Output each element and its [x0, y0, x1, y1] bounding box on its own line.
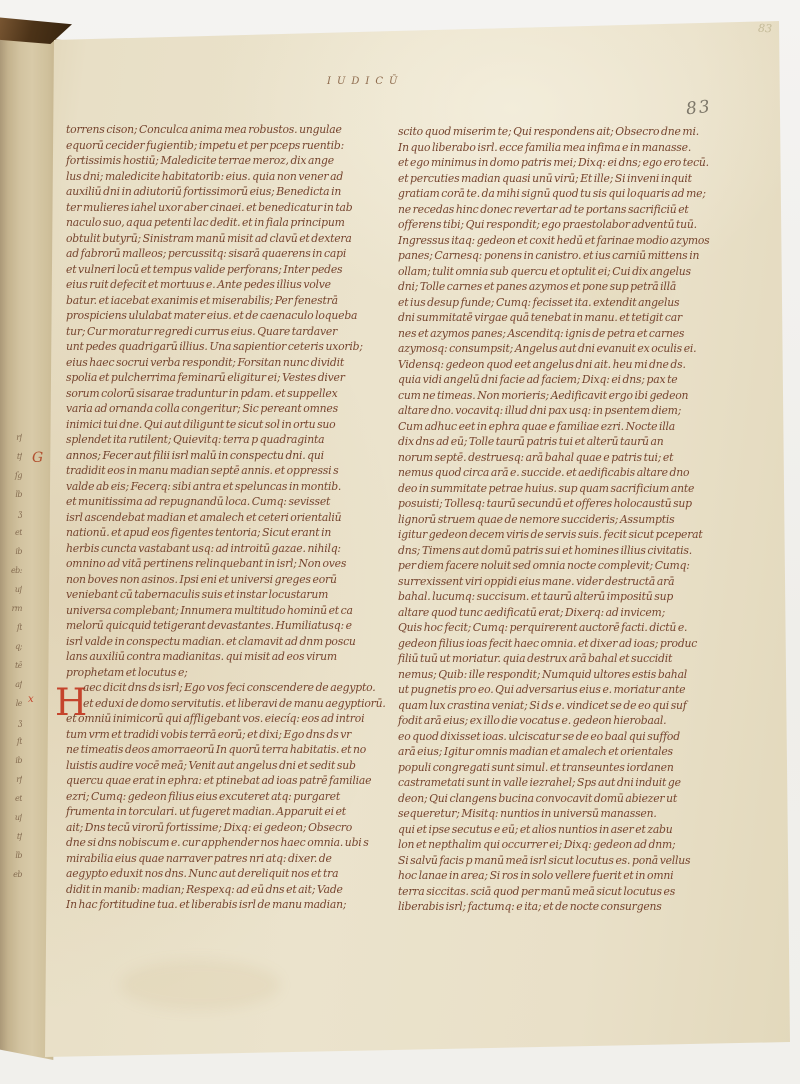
text-line: gedeon filius ioas fecit haec omnia. et …	[398, 636, 732, 652]
text-line: torrens cison; Conculca anima mea robust…	[66, 122, 400, 138]
text-line: dix dns ad eū; Tolle taurū patris tui et…	[398, 434, 732, 450]
text-line: tum vrm et tradidi vobis terrā eorū; et …	[66, 727, 400, 743]
text-line: rf	[0, 770, 22, 789]
text-line: lb	[0, 846, 22, 865]
text-line: et ego minimus in domo patris mei; Dixq:…	[398, 155, 732, 171]
text-line: quercu quae erat in ephra: et ptinebat a…	[66, 773, 400, 789]
text-line: gratiam corā te. da mihi signū quod tu s…	[398, 186, 732, 202]
text-line: et ius desup funde; Cumq: fecisset ita. …	[398, 295, 732, 311]
text-line: populi congregati sunt simul. et transeu…	[398, 760, 732, 776]
text-line: rſ	[0, 428, 22, 447]
text-line: Cum adhuc eet in ephra quae e familiae e…	[398, 419, 732, 435]
text-line: valde ab eis; Fecerq: sibi antra et spel…	[66, 479, 400, 495]
text-line: ad fabrorū malleos; percussitq: sisarā q…	[66, 246, 400, 262]
text-line: sorum colorū sisarae traduntur in pdam. …	[66, 386, 400, 402]
text-line: spolia et pulcherrima feminarū eligitur …	[66, 370, 400, 386]
text-line: tē	[0, 656, 22, 675]
text-line: non boves non asinos. Ipsi eni et univer…	[66, 572, 400, 588]
text-line: mirabilia eius quae narraver patres nri …	[66, 851, 400, 867]
text-line: bahal. lucumq: succisum. et taurū alterū…	[398, 589, 732, 605]
text-line: cum ne timeas. Non morieris; Aedificavit…	[398, 388, 732, 404]
text-line: arā eius; Igitur omnis madian et amalech…	[398, 744, 732, 760]
text-line: tur; Cur moratur regredi currus eius. Qu…	[66, 324, 400, 340]
text-line: altare quod tunc aedificatū erat; Dixerq…	[398, 605, 732, 621]
text-line: unt pedes quadrigarū illius. Una sapient…	[66, 339, 400, 355]
text-line: ib	[0, 751, 22, 770]
text-line: dni summitatē virgae quā tenebat in manu…	[398, 310, 732, 326]
text-line: igitur gedeon decem viris de servis suis…	[398, 527, 732, 543]
text-line: norum septē. destruesq: arā bahal quae e…	[398, 450, 732, 466]
text-line: herbis cuncta vastabant usq: ad introitū…	[66, 541, 400, 557]
text-line: eb	[0, 865, 22, 884]
text-line: obtulit butyrū; Sinistram manū misit ad …	[66, 231, 400, 247]
text-line: ait; Dns tecū virorū fortissime; Dixq: e…	[66, 820, 400, 836]
text-line: filiū tuū ut moriatur. quia destrux arā …	[398, 651, 732, 667]
text-line: deo in summitate petrae huius. sup quam …	[398, 481, 732, 497]
text-line: lon et nepthalim qui occurrer ei; Dixq: …	[398, 837, 732, 853]
text-line: nemus; Quib: ille respondit; Numquid ult…	[398, 667, 732, 683]
text-line: omnino ad vitā pertinens relinquebant in…	[66, 556, 400, 572]
text-line: et	[0, 789, 22, 808]
text-line: Vidensq: gedeon quod eet angelus dni ait…	[398, 357, 732, 373]
text-line: veniebant cū tabernaculis suis et instar…	[66, 587, 400, 603]
text-line: dns; Timens aut domū patris sui et homin…	[398, 543, 732, 559]
text-line: liberabis isrl; factumq: e ita; et de no…	[398, 899, 732, 915]
text-line: universa complebant; Innumera multitudo …	[66, 603, 400, 619]
text-line: ezri; Cumq: gedeon filius eius excuteret…	[66, 789, 400, 805]
text-line: quia vidi angelū dni facie ad faciem; Di…	[398, 372, 732, 388]
text-line: frumenta in torculari. ut fugeret madian…	[66, 804, 400, 820]
text-line: ib	[0, 542, 22, 561]
text-line: ne recedas hinc donec revertar ad te por…	[398, 202, 732, 218]
text-line: ʒ	[0, 713, 22, 732]
text-column-right: scito quod miserim te; Qui respondens ai…	[398, 124, 732, 915]
text-line: scito quod miserim te; Qui respondens ai…	[398, 124, 732, 140]
text-line: ſt	[0, 732, 22, 751]
text-line: auxiliū dni in adiutoriū fortissimorū ei…	[66, 184, 400, 200]
text-line: terra siccitas. sciā quod per manū meā s…	[398, 884, 732, 900]
text-line: varia ad ornanda colla congeritur; Sic p…	[66, 401, 400, 417]
folio-number-stamp: 83	[758, 22, 773, 36]
text-line: equorū cecider fugientib; impetu et per …	[66, 138, 400, 154]
margin-chapter-mark-g: G	[32, 450, 43, 466]
text-line: deon; Qui clangens bucina convocavit dom…	[398, 791, 732, 807]
gutter-text-fragments: rſtfſglbʒetibeb:uſrmſtq;tēafleʒſtibrfetu…	[0, 428, 22, 884]
text-line: batur. et iacebat exanimis et miserabili…	[66, 293, 400, 309]
text-line: et	[0, 523, 22, 542]
text-line: et percuties madian quasi unū virū; Et i…	[398, 171, 732, 187]
text-line: ſg	[0, 466, 22, 485]
text-line: ollam; tulit omnia sub quercu et optulit…	[398, 264, 732, 280]
text-column-left: torrens cison; Conculca anima mea robust…	[66, 122, 400, 913]
text-line: splendet ita rutilent; Quievitq: terra p…	[66, 432, 400, 448]
text-line: qui et ipse secutus e eū; et alios nunti…	[398, 822, 732, 838]
text-line: dni; Tolle carnes et panes azymos et pon…	[398, 279, 732, 295]
text-line: eo quod dixisset ioas. ulciscatur se de …	[398, 729, 732, 745]
text-line: hoc lanae in area; Si ros in solo veller…	[398, 868, 732, 884]
text-line: Ingressus itaq: gedeon et coxit hedū et …	[398, 233, 732, 249]
text-line: eius ruit defecit et mortuus e. Ante ped…	[66, 277, 400, 293]
text-line: af	[0, 675, 22, 694]
text-line: ʒ	[0, 504, 22, 523]
text-line: per diem facere noluit sed omnia nocte c…	[398, 558, 732, 574]
text-line: annos; Fecer aut filii isrl malū in cons…	[66, 448, 400, 464]
text-line: melorū quicquid tetigerant devastantes. …	[66, 618, 400, 634]
text-line: surrexissent viri oppidi eius mane. vide…	[398, 574, 732, 590]
text-line: prophetam et locutus e;	[66, 665, 400, 681]
text-line: et munitissima ad repugnandū loca. Cumq:…	[66, 494, 400, 510]
text-line: luistis audire vocē meā; Venit aut angel…	[66, 758, 400, 774]
text-line: isrl valde in conspectu madian. et clama…	[66, 634, 400, 650]
text-line: aegypto eduxit nos dns. Nunc aut dereliq…	[66, 866, 400, 882]
text-line: eius haec socrui verba respondit; Forsit…	[66, 355, 400, 371]
text-line: et eduxi de domo servitutis. et liberavi…	[66, 696, 400, 712]
text-line: uſ	[0, 808, 22, 827]
text-line: azymosq: consumpsit; Angelus aut dni eva…	[398, 341, 732, 357]
text-line: tf	[0, 447, 22, 466]
text-line: Quis hoc fecit; Cumq: perquirerent aucto…	[398, 620, 732, 636]
text-line: et omniū inimicorū qui affligebant vos. …	[66, 711, 400, 727]
text-line: fortissimis hostiū; Maledicite terrae me…	[66, 153, 400, 169]
text-line: le	[0, 694, 22, 713]
text-line: et vulneri locū et tempus valide perfora…	[66, 262, 400, 278]
text-line: aec dicit dns ds isrl; Ego vos feci cons…	[66, 680, 400, 696]
text-line: dne si dns nobiscum e. cur apphender nos…	[66, 835, 400, 851]
text-line: Si salvū facis p manū meā isrl sicut loc…	[398, 853, 732, 869]
text-line: prospiciens ululabat mater eius. et de c…	[66, 308, 400, 324]
text-line: uſ	[0, 580, 22, 599]
text-line: panes; Carnesq: ponens in canistro. et i…	[398, 248, 732, 264]
text-line: offerens tibi; Qui respondit; ego praest…	[398, 217, 732, 233]
text-line: tf	[0, 827, 22, 846]
text-line: ter mulieres iahel uxor aber cinaei. et …	[66, 200, 400, 216]
text-line: nemus quod circa arā e. succide. et aedi…	[398, 465, 732, 481]
text-line: In hac fortitudine tua. et liberabis isr…	[66, 897, 400, 913]
text-line: ut pugnetis pro eo. Qui adversarius eius…	[398, 682, 732, 698]
text-line: lus dni; maledicite habitatorib: eius. q…	[66, 169, 400, 185]
text-line: nationū. et apud eos figentes tentoria; …	[66, 525, 400, 541]
text-line: inimici tui dne. Qui aut diligunt te sic…	[66, 417, 400, 433]
text-line: fodit arā eius; ex illo die vocatus e. g…	[398, 713, 732, 729]
text-line: In quo liberabo isrl. ecce familia mea i…	[398, 140, 732, 156]
text-line: eb:	[0, 561, 22, 580]
text-line: ne timeatis deos amorraeorū In quorū ter…	[66, 742, 400, 758]
text-line: ſt	[0, 618, 22, 637]
folio-number-pencil: 83	[685, 97, 713, 120]
text-line: isrl ascendebat madian et amalech et cet…	[66, 510, 400, 526]
text-line: naculo suo, aqua petenti lac dedit. et i…	[66, 215, 400, 231]
text-line: tradidit eos in manu madian septē annis.…	[66, 463, 400, 479]
text-line: lans auxiliū contra madianitas. qui misi…	[66, 649, 400, 665]
parchment-stain	[120, 960, 280, 1010]
text-line: q;	[0, 637, 22, 656]
text-line: lignorū struem quae de nemore succideris…	[398, 512, 732, 528]
text-line: lb	[0, 485, 22, 504]
text-line: nes et azymos panes; Ascenditq: ignis de…	[398, 326, 732, 342]
text-line: altare dno. vocavitq: illud dni pax usq:…	[398, 403, 732, 419]
text-line: sequeretur; Misitq: nuntios in universū …	[398, 806, 732, 822]
text-line: didit in manib: madian; Respexq: ad eū d…	[66, 882, 400, 898]
running-title: IUDICŪ	[327, 76, 403, 87]
text-line: quam lux crastina veniat; Si ds e. vindi…	[398, 698, 732, 714]
text-line: castrametati sunt in valle iezrahel; Sps…	[398, 775, 732, 791]
text-line: posuisti; Tollesq: taurū secundū et offe…	[398, 496, 732, 512]
text-line: rm	[0, 599, 22, 618]
margin-nota-mark-x: x	[28, 694, 34, 705]
manuscript-photo: rſtfſglbʒetibeb:uſrmſtq;tēafleʒſtibrfetu…	[0, 0, 800, 1084]
